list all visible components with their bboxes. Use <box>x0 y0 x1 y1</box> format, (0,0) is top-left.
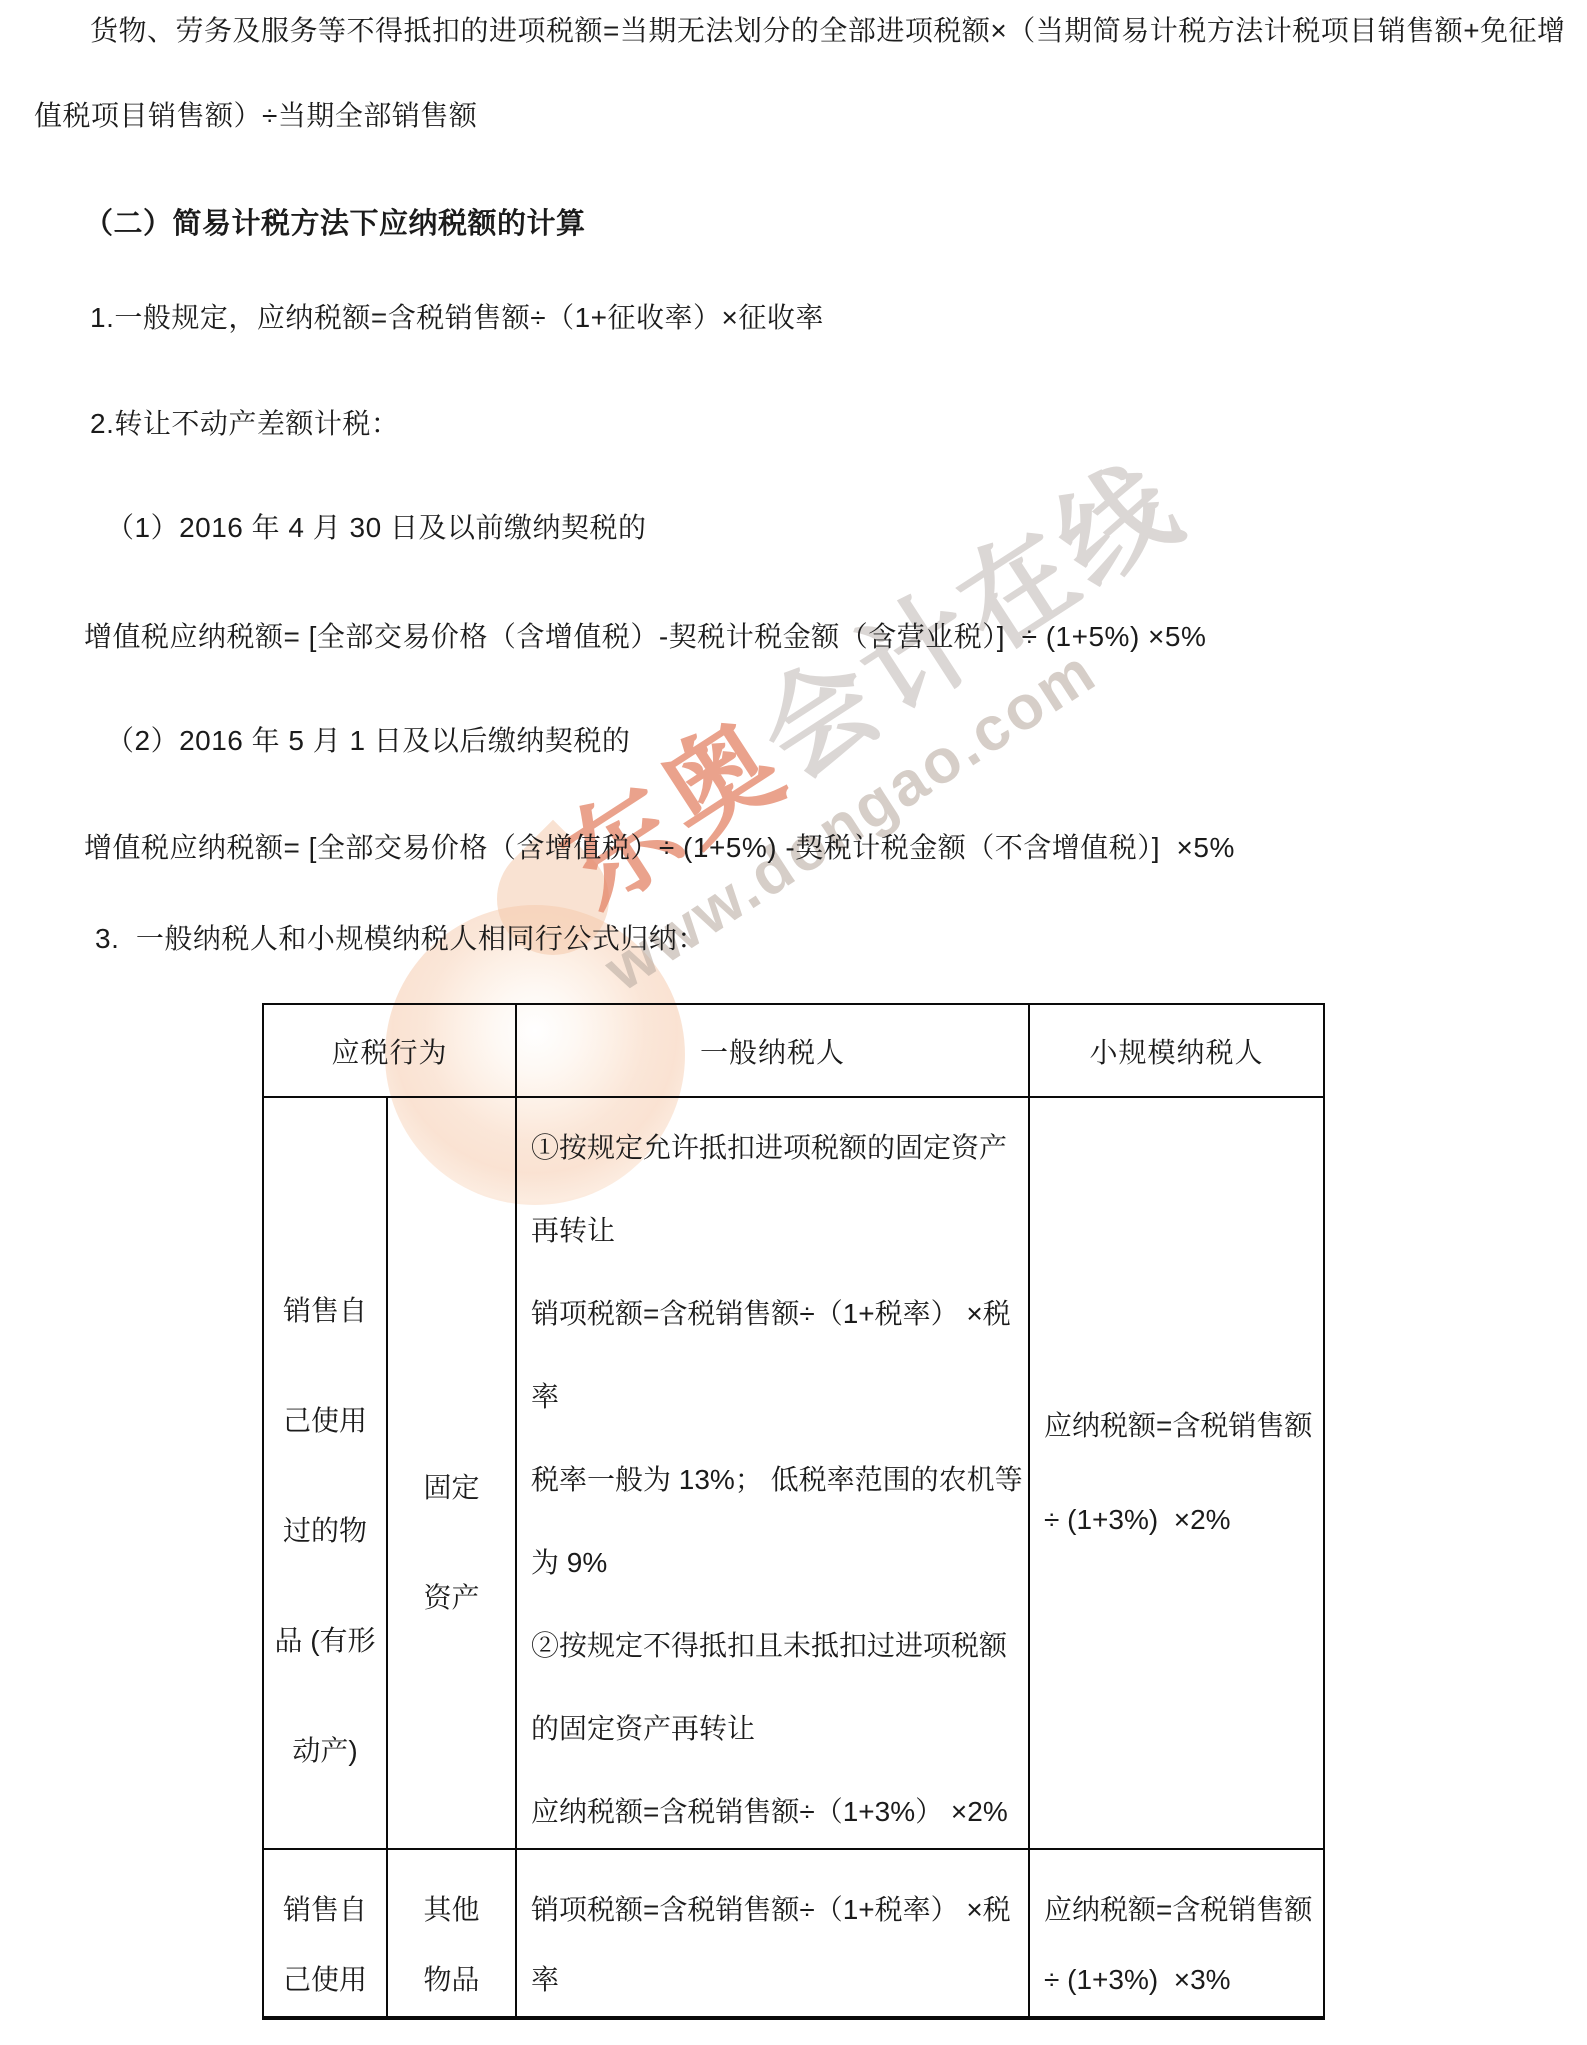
cell-text-line: 税率一般为 13%； 低税率范围的农机等 <box>531 1438 1022 1521</box>
cell-text-line: 过的物 <box>264 1476 386 1586</box>
document-page: 东奥会计在线 www.dongao.com 货物、劳务及服务等不得抵扣的进项税额… <box>0 0 1587 2045</box>
cell-text-line: 己使用 <box>264 1945 386 2015</box>
cell-text-line: 应纳税额=含税销售额÷（1+3%） ×2% <box>531 1770 1022 1848</box>
cell-text-line: 销售自 <box>264 1256 386 1366</box>
cell-small-taxpayer-other-items-rule: 应纳税额=含税销售额÷ (1+3%) ×3% <box>1028 1850 1323 2016</box>
item-3-formula-summary: 3. 一般纳税人和小规模纳税人相同行公式归纳： <box>95 918 706 960</box>
cell-text-line: 销项税额=含税销售额÷（1+税率） ×税 <box>531 1875 1022 1945</box>
cell-text-line: 品 (有形 <box>264 1586 386 1696</box>
cell-text-line: 动产) <box>264 1696 386 1806</box>
cell-text-line: 销售自 <box>264 1875 386 1945</box>
cell-category-fixed-assets: 固定资产 <box>386 1098 515 1848</box>
cell-text-line: ÷ (1+3%) ×3% <box>1044 1945 1317 2015</box>
cell-behavior-self-used-goods: 销售自己使用过的物品 (有形动产) <box>264 1098 386 1848</box>
cell-text-line: 固定 <box>388 1433 515 1543</box>
cell-text-line: 应纳税额=含税销售额 <box>1044 1875 1317 1945</box>
cell-text-line: 率 <box>531 1945 1022 2015</box>
cell-text-line: ②按规定不得抵扣且未抵扣过进项税额 <box>531 1604 1022 1687</box>
item-1-general-rule: 1.一般规定，应纳税额=含税销售额÷（1+征收率）×征收率 <box>90 297 824 339</box>
cell-text-line: 再转让 <box>531 1189 1022 1272</box>
section-heading-simplified-method: （二）简易计税方法下应纳税额的计算 <box>84 203 586 245</box>
cell-text-line: 己使用 <box>264 1366 386 1476</box>
subitem-2-after-2016-05-01: （2）2016 年 5 月 1 日及以后缴纳契税的 <box>106 720 630 762</box>
cell-text-line: 为 9% <box>531 1521 1022 1604</box>
cell-category-other-items: 其他物品 <box>386 1850 515 2016</box>
table-row-other-items: 销售自己使用 其他物品 销项税额=含税销售额÷（1+税率） ×税率 应纳税额=含… <box>264 1850 1323 2016</box>
cell-text-line: 销项税额=含税销售额÷（1+税率） ×税 <box>531 1272 1022 1355</box>
cell-text-line: ①按规定允许抵扣进项税额的固定资产 <box>531 1106 1022 1189</box>
cell-text-line: 物品 <box>388 1945 515 2015</box>
cell-behavior-self-used-goods-2: 销售自己使用 <box>264 1850 386 2016</box>
header-cell-taxable-behavior: 应税行为 <box>264 1005 515 1096</box>
cell-general-taxpayer-fixed-assets-rule: ①按规定允许抵扣进项税额的固定资产再转让销项税额=含税销售额÷（1+税率） ×税… <box>515 1098 1028 1848</box>
para-nondeductible-input-tax-line2: 值税项目销售额）÷当期全部销售额 <box>34 95 477 137</box>
table-header-row: 应税行为 一般纳税人 小规模纳税人 <box>264 1005 1323 1098</box>
formula-vat-before: 增值税应纳税额= [全部交易价格（含增值税）-契税计税金额（含营业税）] ÷ (… <box>84 616 1206 658</box>
cell-small-taxpayer-fixed-assets-rule: 应纳税额=含税销售额÷ (1+3%) ×2% <box>1028 1098 1323 1848</box>
formula-vat-after: 增值税应纳税额= [全部交易价格（含增值税）÷ (1+5%) -契税计税金额（不… <box>84 827 1235 869</box>
cell-text-line: 的固定资产再转让 <box>531 1687 1022 1770</box>
item-2-real-estate-transfer: 2.转让不动产差额计税： <box>90 403 399 445</box>
cell-general-taxpayer-other-items-rule: 销项税额=含税销售额÷（1+税率） ×税率 <box>515 1850 1028 2016</box>
header-cell-small-scale-taxpayer: 小规模纳税人 <box>1028 1005 1323 1096</box>
table-row-fixed-assets: 销售自己使用过的物品 (有形动产) 固定资产 ①按规定允许抵扣进项税额的固定资产… <box>264 1098 1323 1850</box>
para-nondeductible-input-tax-line1: 货物、劳务及服务等不得抵扣的进项税额=当期无法划分的全部进项税额×（当期简易计税… <box>90 10 1566 52</box>
cell-text-line: 其他 <box>388 1875 515 1945</box>
header-cell-general-taxpayer: 一般纳税人 <box>515 1005 1028 1096</box>
subitem-1-before-2016-04-30: （1）2016 年 4 月 30 日及以前缴纳契税的 <box>106 507 646 549</box>
tax-summary-table: 应税行为 一般纳税人 小规模纳税人 销售自己使用过的物品 (有形动产) 固定资产… <box>262 1003 1325 2020</box>
cell-text-line: 资产 <box>388 1543 515 1653</box>
cell-text-line: 应纳税额=含税销售额 <box>1044 1379 1323 1473</box>
cell-text-line: 率 <box>531 1355 1022 1438</box>
cell-text-line: ÷ (1+3%) ×2% <box>1044 1473 1323 1567</box>
